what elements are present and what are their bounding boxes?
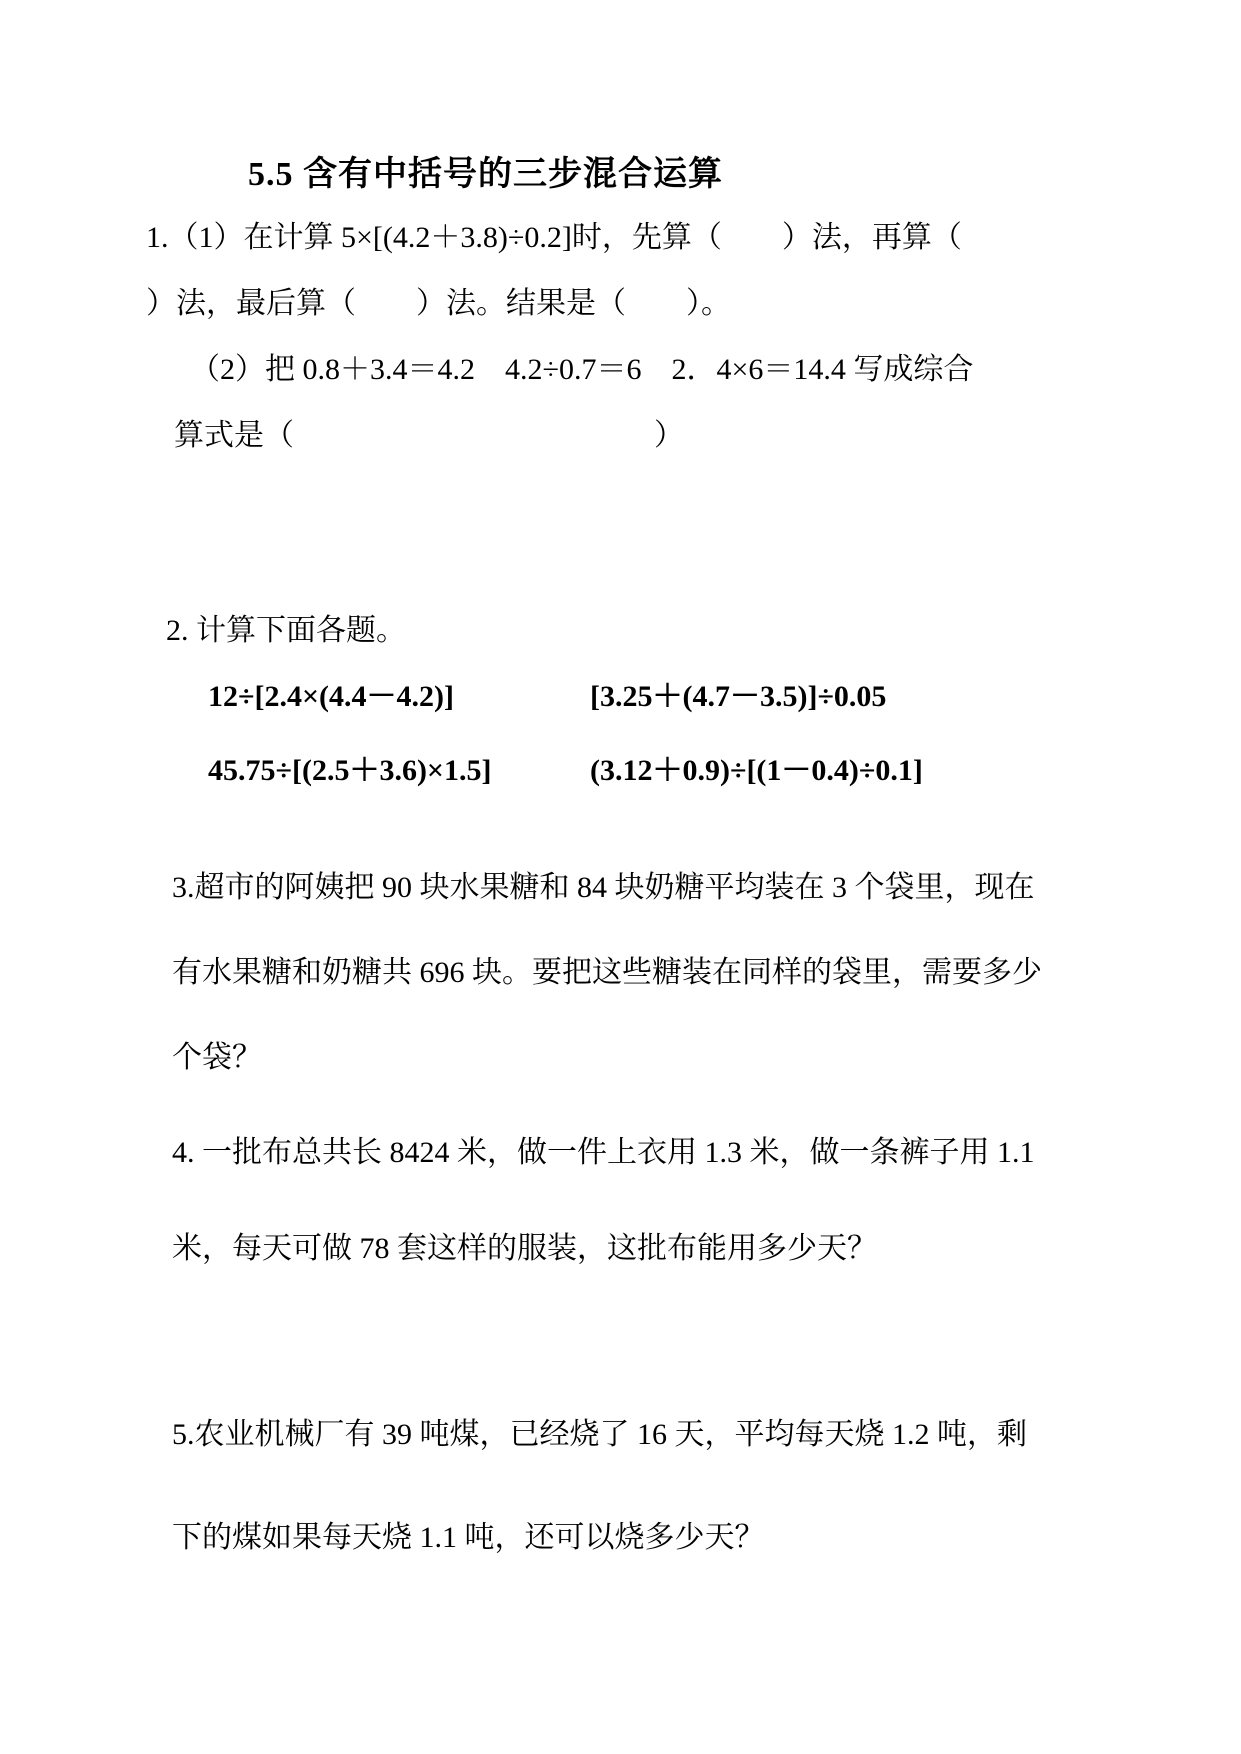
question-3-line-3: 个袋？ (146, 1015, 1121, 1100)
question-5: 5.农业机械厂有 39 吨煤，已经烧了 16 天，平均每天烧 1.2 吨，剩 下… (146, 1383, 1121, 1589)
question-4-line-1: 4. 一批布总共长 8424 米，做一件上衣用 1.3 米，做一条裤子用 1.1 (146, 1105, 1121, 1201)
math-expression: 12÷[2.4×(4.4－4.2)] (146, 672, 590, 722)
question-3-line-1: 3.超市的阿姨把 90 块水果糖和 84 块奶糖平均装在 3 个袋里，现在 (146, 845, 1121, 930)
question-3-line-2: 有水果糖和奶糖共 696 块。要把这些糖装在同样的袋里，需要多少 (146, 930, 1121, 1015)
question-2-expression-row-2: 45.75÷[(2.5＋3.6)×1.5] (3.12＋0.9)÷[(1－0.4… (146, 746, 1121, 796)
worksheet-page: 5.5 含有中括号的三步混合运算 1.（1）在计算 5×[(4.2＋3.8)÷0… (0, 0, 1241, 1754)
question-2-heading: 2. 计算下面各题。 (146, 598, 1121, 664)
question-1-line-3: （2）把 0.8＋3.4＝4.2 4.2÷0.7＝6 2．4×6＝14.4 写成… (146, 337, 1121, 403)
question-4-line-2: 米，每天可做 78 套这样的服装，这批布能用多少天？ (146, 1201, 1121, 1297)
question-1: 1.（1）在计算 5×[(4.2＋3.8)÷0.2]时，先算（ ）法，再算（ ）… (146, 205, 1121, 469)
question-2-expression-row-1: 12÷[2.4×(4.4－4.2)] [3.25＋(4.7－3.5)]÷0.05 (146, 672, 1121, 722)
question-5-line-2: 下的煤如果每天烧 1.1 吨，还可以烧多少天？ (146, 1486, 1121, 1589)
question-1-line-4: 算式是（ ） (146, 403, 1121, 469)
question-1-line-1: 1.（1）在计算 5×[(4.2＋3.8)÷0.2]时，先算（ ）法，再算（ (146, 205, 1121, 271)
math-expression: 45.75÷[(2.5＋3.6)×1.5] (146, 746, 590, 796)
math-expression: (3.12＋0.9)÷[(1－0.4)÷0.1] (590, 746, 923, 796)
math-expression: [3.25＋(4.7－3.5)]÷0.05 (590, 672, 886, 722)
question-1-line-2: ）法，最后算（ ）法。结果是（ ）。 (146, 271, 1121, 337)
worksheet-title: 5.5 含有中括号的三步混合运算 (248, 146, 723, 195)
question-4: 4. 一批布总共长 8424 米，做一件上衣用 1.3 米，做一条裤子用 1.1… (146, 1105, 1121, 1297)
question-5-line-1: 5.农业机械厂有 39 吨煤，已经烧了 16 天，平均每天烧 1.2 吨，剩 (146, 1383, 1121, 1486)
question-3: 3.超市的阿姨把 90 块水果糖和 84 块奶糖平均装在 3 个袋里，现在 有水… (146, 845, 1121, 1100)
